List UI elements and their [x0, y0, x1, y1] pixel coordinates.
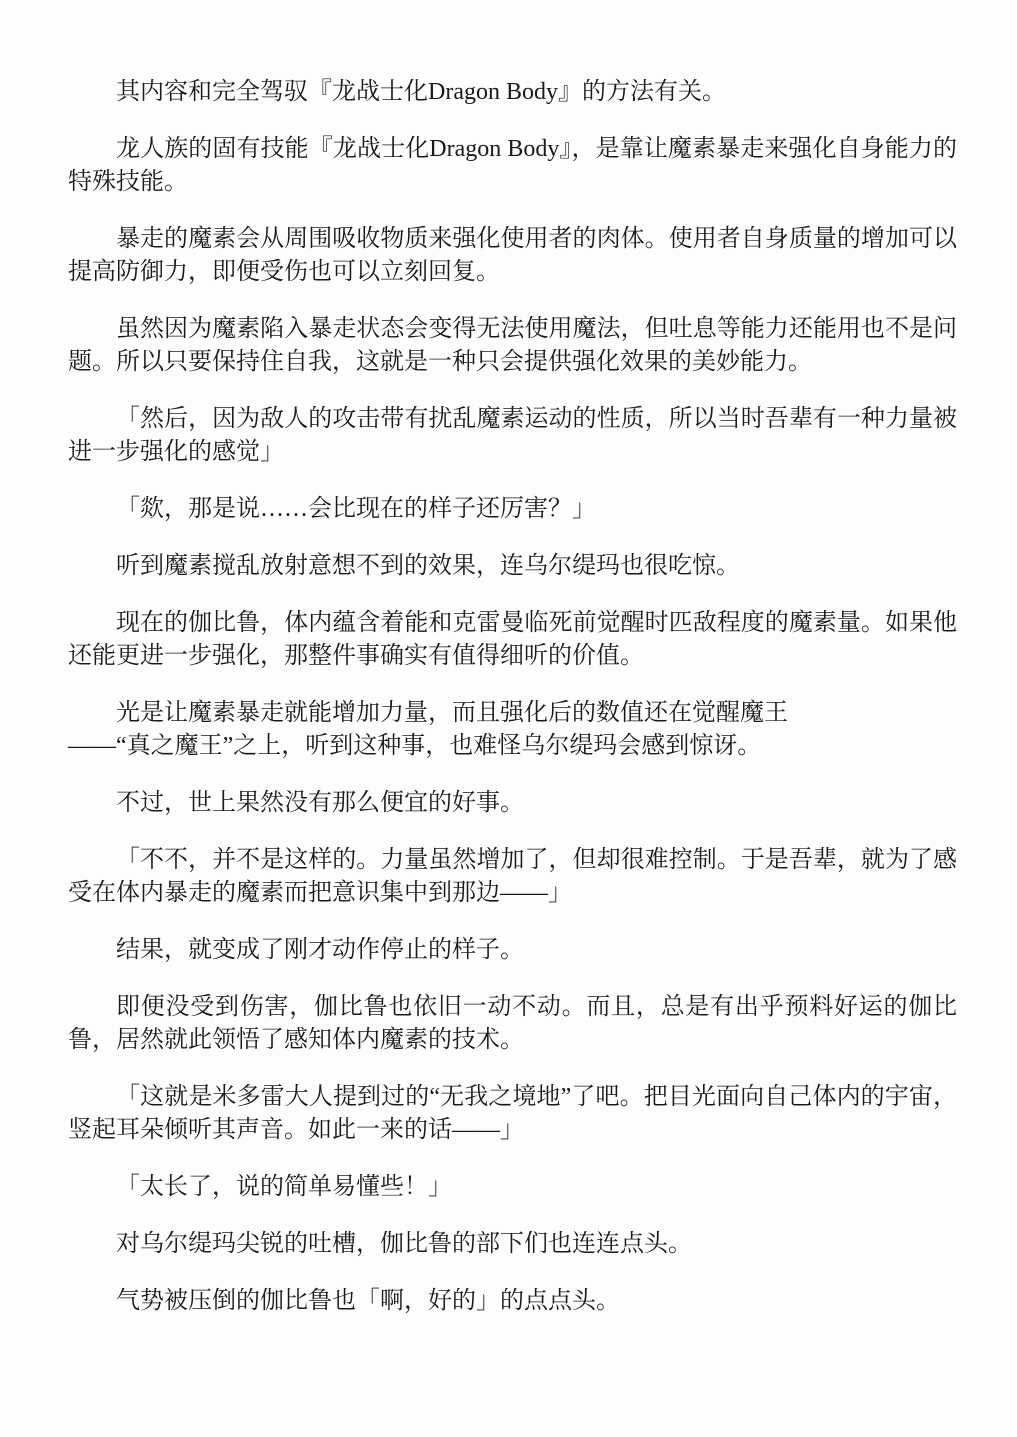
paragraph: 对乌尔缇玛尖锐的吐槽，伽比鲁的部下们也连连点头。 — [68, 1228, 957, 1261]
paragraph: 龙人族的固有技能『龙战士化Dragon Body』，是靠让魔素暴走来强化自身能力… — [68, 133, 957, 199]
novel-page: 其内容和完全驾驭『龙战士化Dragon Body』的方法有关。 龙人族的固有技能… — [0, 0, 1017, 1437]
paragraph: 其内容和完全驾驭『龙战士化Dragon Body』的方法有关。 — [68, 76, 957, 109]
paragraph: 听到魔素搅乱放射意想不到的效果，连乌尔缇玛也很吃惊。 — [68, 550, 957, 583]
paragraph: 光是让魔素暴走就能增加力量，而且强化后的数值还在觉醒魔王 ——“真之魔王”之上，… — [68, 697, 957, 763]
paragraph: 虽然因为魔素陷入暴走状态会变得无法使用魔法，但吐息等能力还能用也不是问题。所以只… — [68, 313, 957, 379]
paragraph: 结果，就变成了刚才动作停止的样子。 — [68, 934, 957, 967]
paragraph-dialogue: 「太长了，说的简单易懂些！」 — [68, 1171, 957, 1204]
paragraph: 暴走的魔素会从周围吸收物质来强化使用者的肉体。使用者自身质量的增加可以提高防御力… — [68, 223, 957, 289]
paragraph: 现在的伽比鲁，体内蕴含着能和克雷曼临死前觉醒时匹敌程度的魔素量。如果他还能更进一… — [68, 607, 957, 673]
paragraph-dialogue: 「然后，因为敌人的攻击带有扰乱魔素运动的性质，所以当时吾辈有一种力量被进一步强化… — [68, 403, 957, 469]
paragraph: 即便没受到伤害，伽比鲁也依旧一动不动。而且，总是有出乎预料好运的伽比鲁，居然就此… — [68, 991, 957, 1057]
paragraph-dialogue: 「欻，那是说……会比现在的样子还厉害？」 — [68, 493, 957, 526]
paragraph-dialogue: 「不不，并不是这样的。力量虽然增加了，但却很难控制。于是吾辈，就为了感受在体内暴… — [68, 844, 957, 910]
paragraph: 气势被压倒的伽比鲁也「啊，好的」的点点头。 — [68, 1285, 957, 1318]
text-column: 其内容和完全驾驭『龙战士化Dragon Body』的方法有关。 龙人族的固有技能… — [0, 0, 1017, 1318]
paragraph-dialogue: 「这就是米多雷大人提到过的“无我之境地”了吧。把目光面向自己体内的宇宙，竖起耳朵… — [68, 1081, 957, 1147]
paragraph: 不过，世上果然没有那么便宜的好事。 — [68, 787, 957, 820]
